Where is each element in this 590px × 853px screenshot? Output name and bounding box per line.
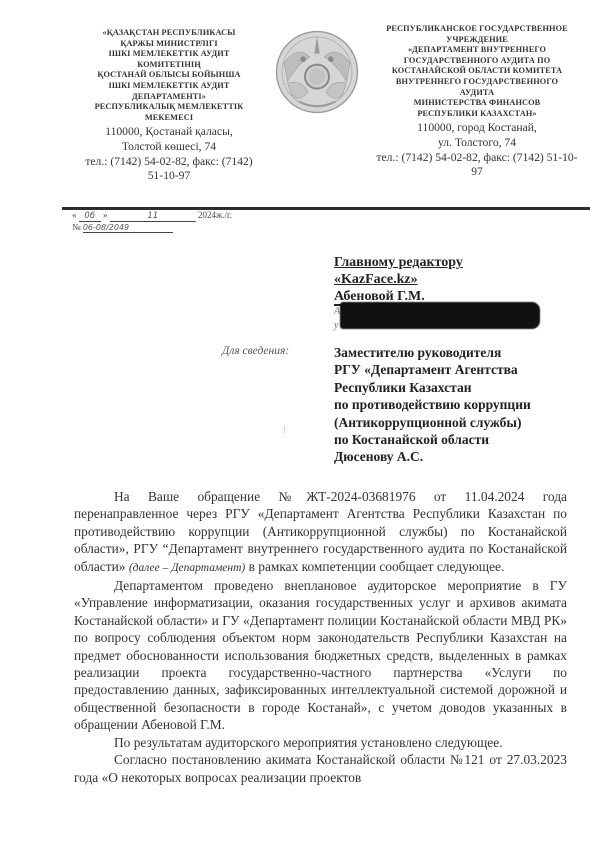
cc-line: (Антикоррупционной службы) xyxy=(334,414,531,431)
address-line: ул. Толстого, 74 xyxy=(364,136,590,151)
document-date: « 06 » 11 2024ж./г. xyxy=(72,210,232,222)
org-line: КОМИТЕТІНІҢ xyxy=(64,60,274,71)
header-left-kazakh: «ҚАЗАҚСТАН РЕСПУБЛИКАСЫ ҚАРЖЫ МИНИСТРЛІГ… xyxy=(64,28,274,184)
redaction-block xyxy=(340,302,540,329)
org-line: РЕСПУБЛИКАНСКОЕ ГОСУДАРСТВЕННОЕ xyxy=(364,24,590,35)
cc-line: Заместителю руководителя xyxy=(334,344,531,361)
org-line: ВНУТРЕННЕГО ГОСУДАРСТВЕННОГО xyxy=(364,77,590,88)
address-russian: 110000, город Костанай, ул. Толстого, 74… xyxy=(364,121,590,179)
org-line: РЕСПУБЛИКАЛЫҚ МЕМЛЕКЕТТІК xyxy=(64,102,274,113)
org-line: ІШКІ МЕМЛЕКЕТТІК АУДИТ xyxy=(64,49,274,60)
org-line: ҚАРЖЫ МИНИСТРЛІГІ xyxy=(64,39,274,50)
org-name-russian: РЕСПУБЛИКАНСКОЕ ГОСУДАРСТВЕННОЕ УЧРЕЖДЕН… xyxy=(364,24,590,119)
date-day: 06 xyxy=(79,211,101,222)
paragraph-4: Согласно постановлению акимата Костанайс… xyxy=(74,751,567,786)
number-value: 06-08/2049 xyxy=(83,223,173,233)
org-line: ДЕПАРТАМЕНТІ» xyxy=(64,92,274,103)
date-year: 2024ж./г. xyxy=(198,210,232,220)
address-line: 97 xyxy=(364,165,590,180)
org-line: МИНИСТЕРСТВА ФИНАНСОВ xyxy=(364,98,590,109)
number-label: № xyxy=(72,222,81,232)
state-emblem-icon xyxy=(271,26,363,118)
registration-number: № 06-08/2049 xyxy=(72,222,173,233)
addressee-title: Главному редактору xyxy=(334,254,463,271)
date-close-quote: » xyxy=(103,210,108,220)
org-line: КОСТАНАЙСКОЙ ОБЛАСТИ КОМИТЕТА xyxy=(364,66,590,77)
address-line: 110000, Қостанай қаласы, xyxy=(64,125,274,140)
date-open-quote: « xyxy=(72,210,77,220)
cc-line: Дюсенову А.С. xyxy=(334,448,531,465)
cc-recipient: Заместителю руководителя РГУ «Департамен… xyxy=(334,344,531,466)
address-line: 110000, город Костанай, xyxy=(364,121,590,136)
address-line: 51-10-97 xyxy=(64,169,274,184)
date-month: 11 xyxy=(110,211,196,222)
paragraph-3: По результатам аудиторского мероприятия … xyxy=(74,734,567,751)
paragraph-2: Департаментом проведено внеплановое ауди… xyxy=(74,577,567,734)
paragraph-text: в рамках компетенции сообщает следующее. xyxy=(249,559,505,574)
address-line: тел.: (7142) 54-02-82, факс: (7142) xyxy=(64,155,274,170)
org-line: ІШКІ МЕМЛЕКЕТТІК АУДИТ xyxy=(64,81,274,92)
cc-line: Республики Казахстан xyxy=(334,379,531,396)
paragraph-italic: (далее – Департамент) xyxy=(129,562,245,574)
cc-label: Для сведения: xyxy=(222,345,289,357)
cc-line: РГУ «Департамент Агентства xyxy=(334,361,531,378)
address-line: тел.: (7142) 54-02-82, факс: (7142) 51-1… xyxy=(364,151,590,166)
org-line: «ДЕПАРТАМЕНТ ВНУТРЕННЕГО xyxy=(364,45,590,56)
org-line: УЧРЕЖДЕНИЕ xyxy=(364,35,590,46)
org-line: МЕКЕМЕСІ xyxy=(64,113,274,124)
paragraph-1: На Ваше обращение №ЖТ-2024-03681976 от 1… xyxy=(74,488,567,577)
cc-line: по Костанайской области xyxy=(334,431,531,448)
org-line: «ҚАЗАҚСТАН РЕСПУБЛИКАСЫ xyxy=(64,28,274,39)
address-kazakh: 110000, Қостанай қаласы, Толстой көшесі,… xyxy=(64,125,274,183)
addressee-organization: «KazFace.kz» xyxy=(334,271,463,288)
cc-line: по противодействию коррупции xyxy=(334,396,531,413)
org-line: ГОСУДАРСТВЕННОГО АУДИТА ПО xyxy=(364,56,590,67)
org-name-kazakh: «ҚАЗАҚСТАН РЕСПУБЛИКАСЫ ҚАРЖЫ МИНИСТРЛІГ… xyxy=(64,28,274,123)
org-line: РЕСПУБЛИКИ КАЗАХСТАН» xyxy=(364,109,590,120)
letter-body: На Ваше обращение №ЖТ-2024-03681976 от 1… xyxy=(74,488,567,786)
org-line: ҚОСТАНАЙ ОБЛЫСЫ БОЙЫНША xyxy=(64,70,274,81)
addressee-block: Главному редактору «KazFace.kz» Абеновой… xyxy=(334,254,463,305)
address-line: Толстой көшесі, 74 xyxy=(64,140,274,155)
scan-speck: ⁝ xyxy=(283,425,286,436)
header-right-russian: РЕСПУБЛИКАНСКОЕ ГОСУДАРСТВЕННОЕ УЧРЕЖДЕН… xyxy=(364,24,590,180)
org-line: АУДИТА xyxy=(364,88,590,99)
